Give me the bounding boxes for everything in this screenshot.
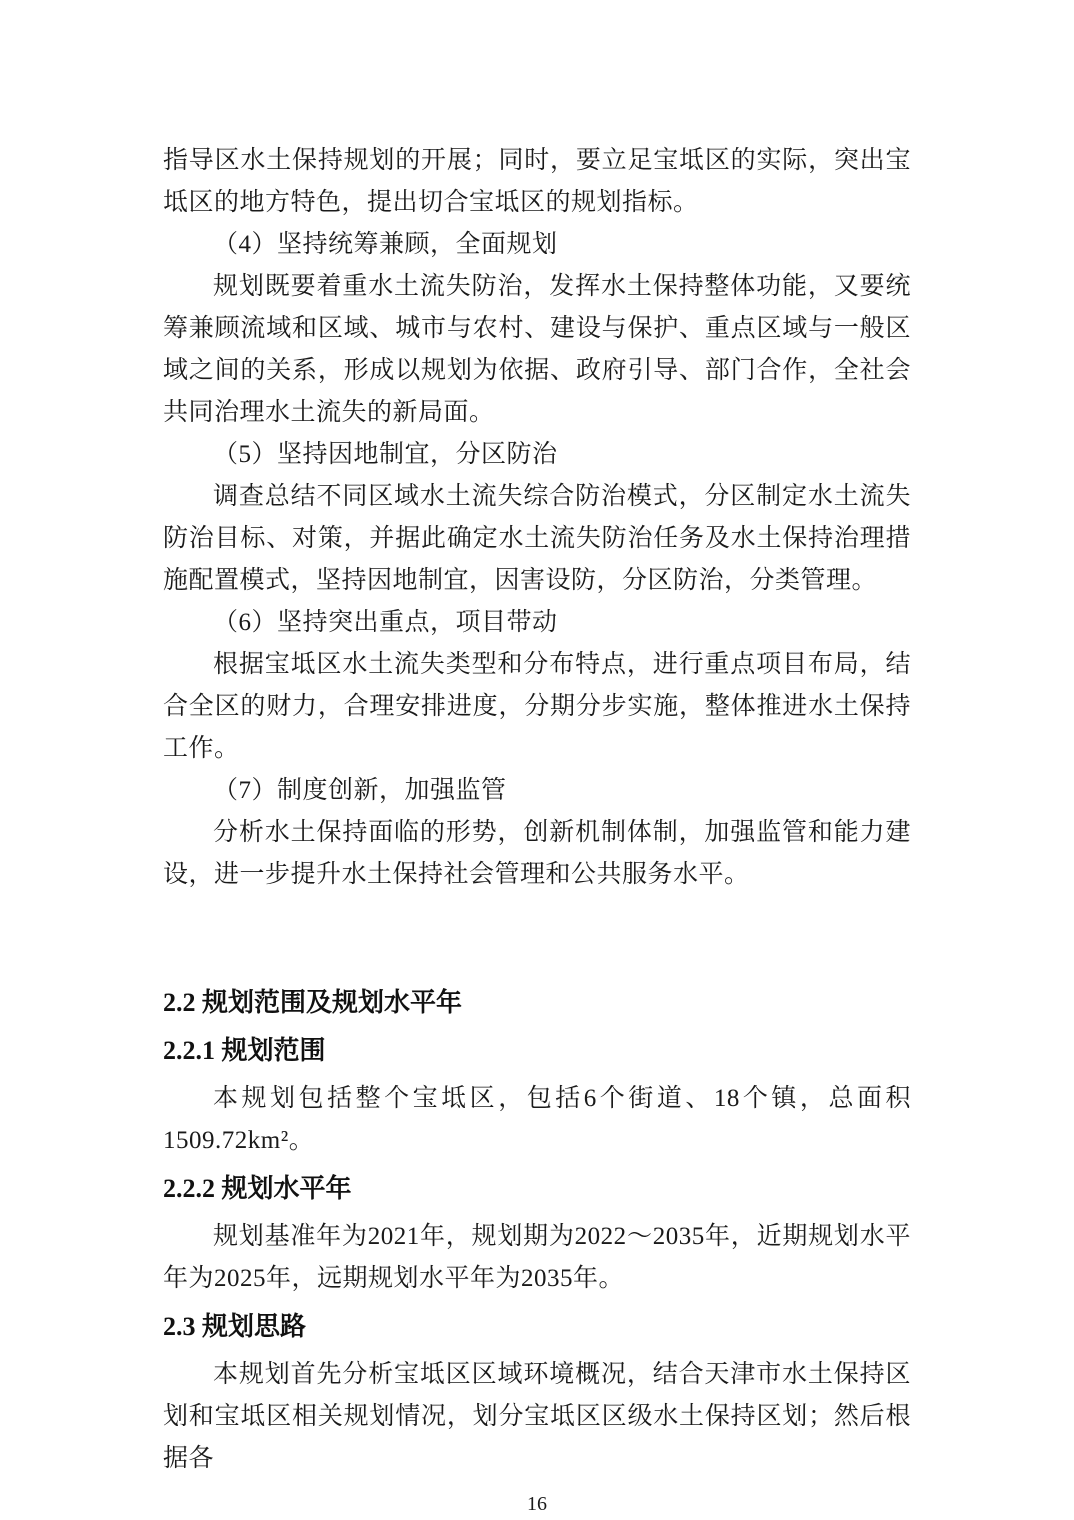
section-heading-2-2-1: 2.2.1 规划范围 xyxy=(163,1030,911,1072)
section-heading-2-3: 2.3 规划思路 xyxy=(163,1306,911,1348)
section-heading-2-2-2: 2.2.2 规划水平年 xyxy=(163,1168,911,1210)
paragraph-item-6: 根据宝坻区水土流失类型和分布特点，进行重点项目布局，结合全区的财力，合理安排进度… xyxy=(163,644,911,770)
item-heading-7: （7）制度创新，加强监管 xyxy=(163,770,911,812)
item-heading-4: （4）坚持统筹兼顾，全面规划 xyxy=(163,224,911,266)
paragraph-2-2-2: 规划基准年为2021年，规划期为2022～2035年，近期规划水平年为2025年… xyxy=(163,1216,911,1300)
paragraph-item-4: 规划既要着重水土流失防治，发挥水土保持整体功能，又要统筹兼顾流域和区域、城市与农… xyxy=(163,266,911,434)
item-heading-6: （6）坚持突出重点，项目带动 xyxy=(163,602,911,644)
item-heading-5: （5）坚持因地制宜，分区防治 xyxy=(163,434,911,476)
page-number: 16 xyxy=(163,1490,911,1518)
document-page: 指导区水土保持规划的开展；同时，要立足宝坻区的实际，突出宝坻区的地方特色，提出切… xyxy=(0,0,1074,1520)
paragraph-2-2-1: 本规划包括整个宝坻区，包括6个街道、18个镇，总面积1509.72km²。 xyxy=(163,1078,911,1162)
paragraph-item-5: 调查总结不同区域水土流失综合防治模式，分区制定水土流失防治目标、对策，并据此确定… xyxy=(163,476,911,602)
paragraph-item-7: 分析水土保持面临的形势，创新机制体制，加强监管和能力建设，进一步提升水土保持社会… xyxy=(163,812,911,896)
paragraph-2-3: 本规划首先分析宝坻区区域环境概况，结合天津市水土保持区划和宝坻区相关规划情况，划… xyxy=(163,1354,911,1480)
paragraph-continued: 指导区水土保持规划的开展；同时，要立足宝坻区的实际，突出宝坻区的地方特色，提出切… xyxy=(163,140,911,224)
section-heading-2-2: 2.2 规划范围及规划水平年 xyxy=(163,982,911,1024)
